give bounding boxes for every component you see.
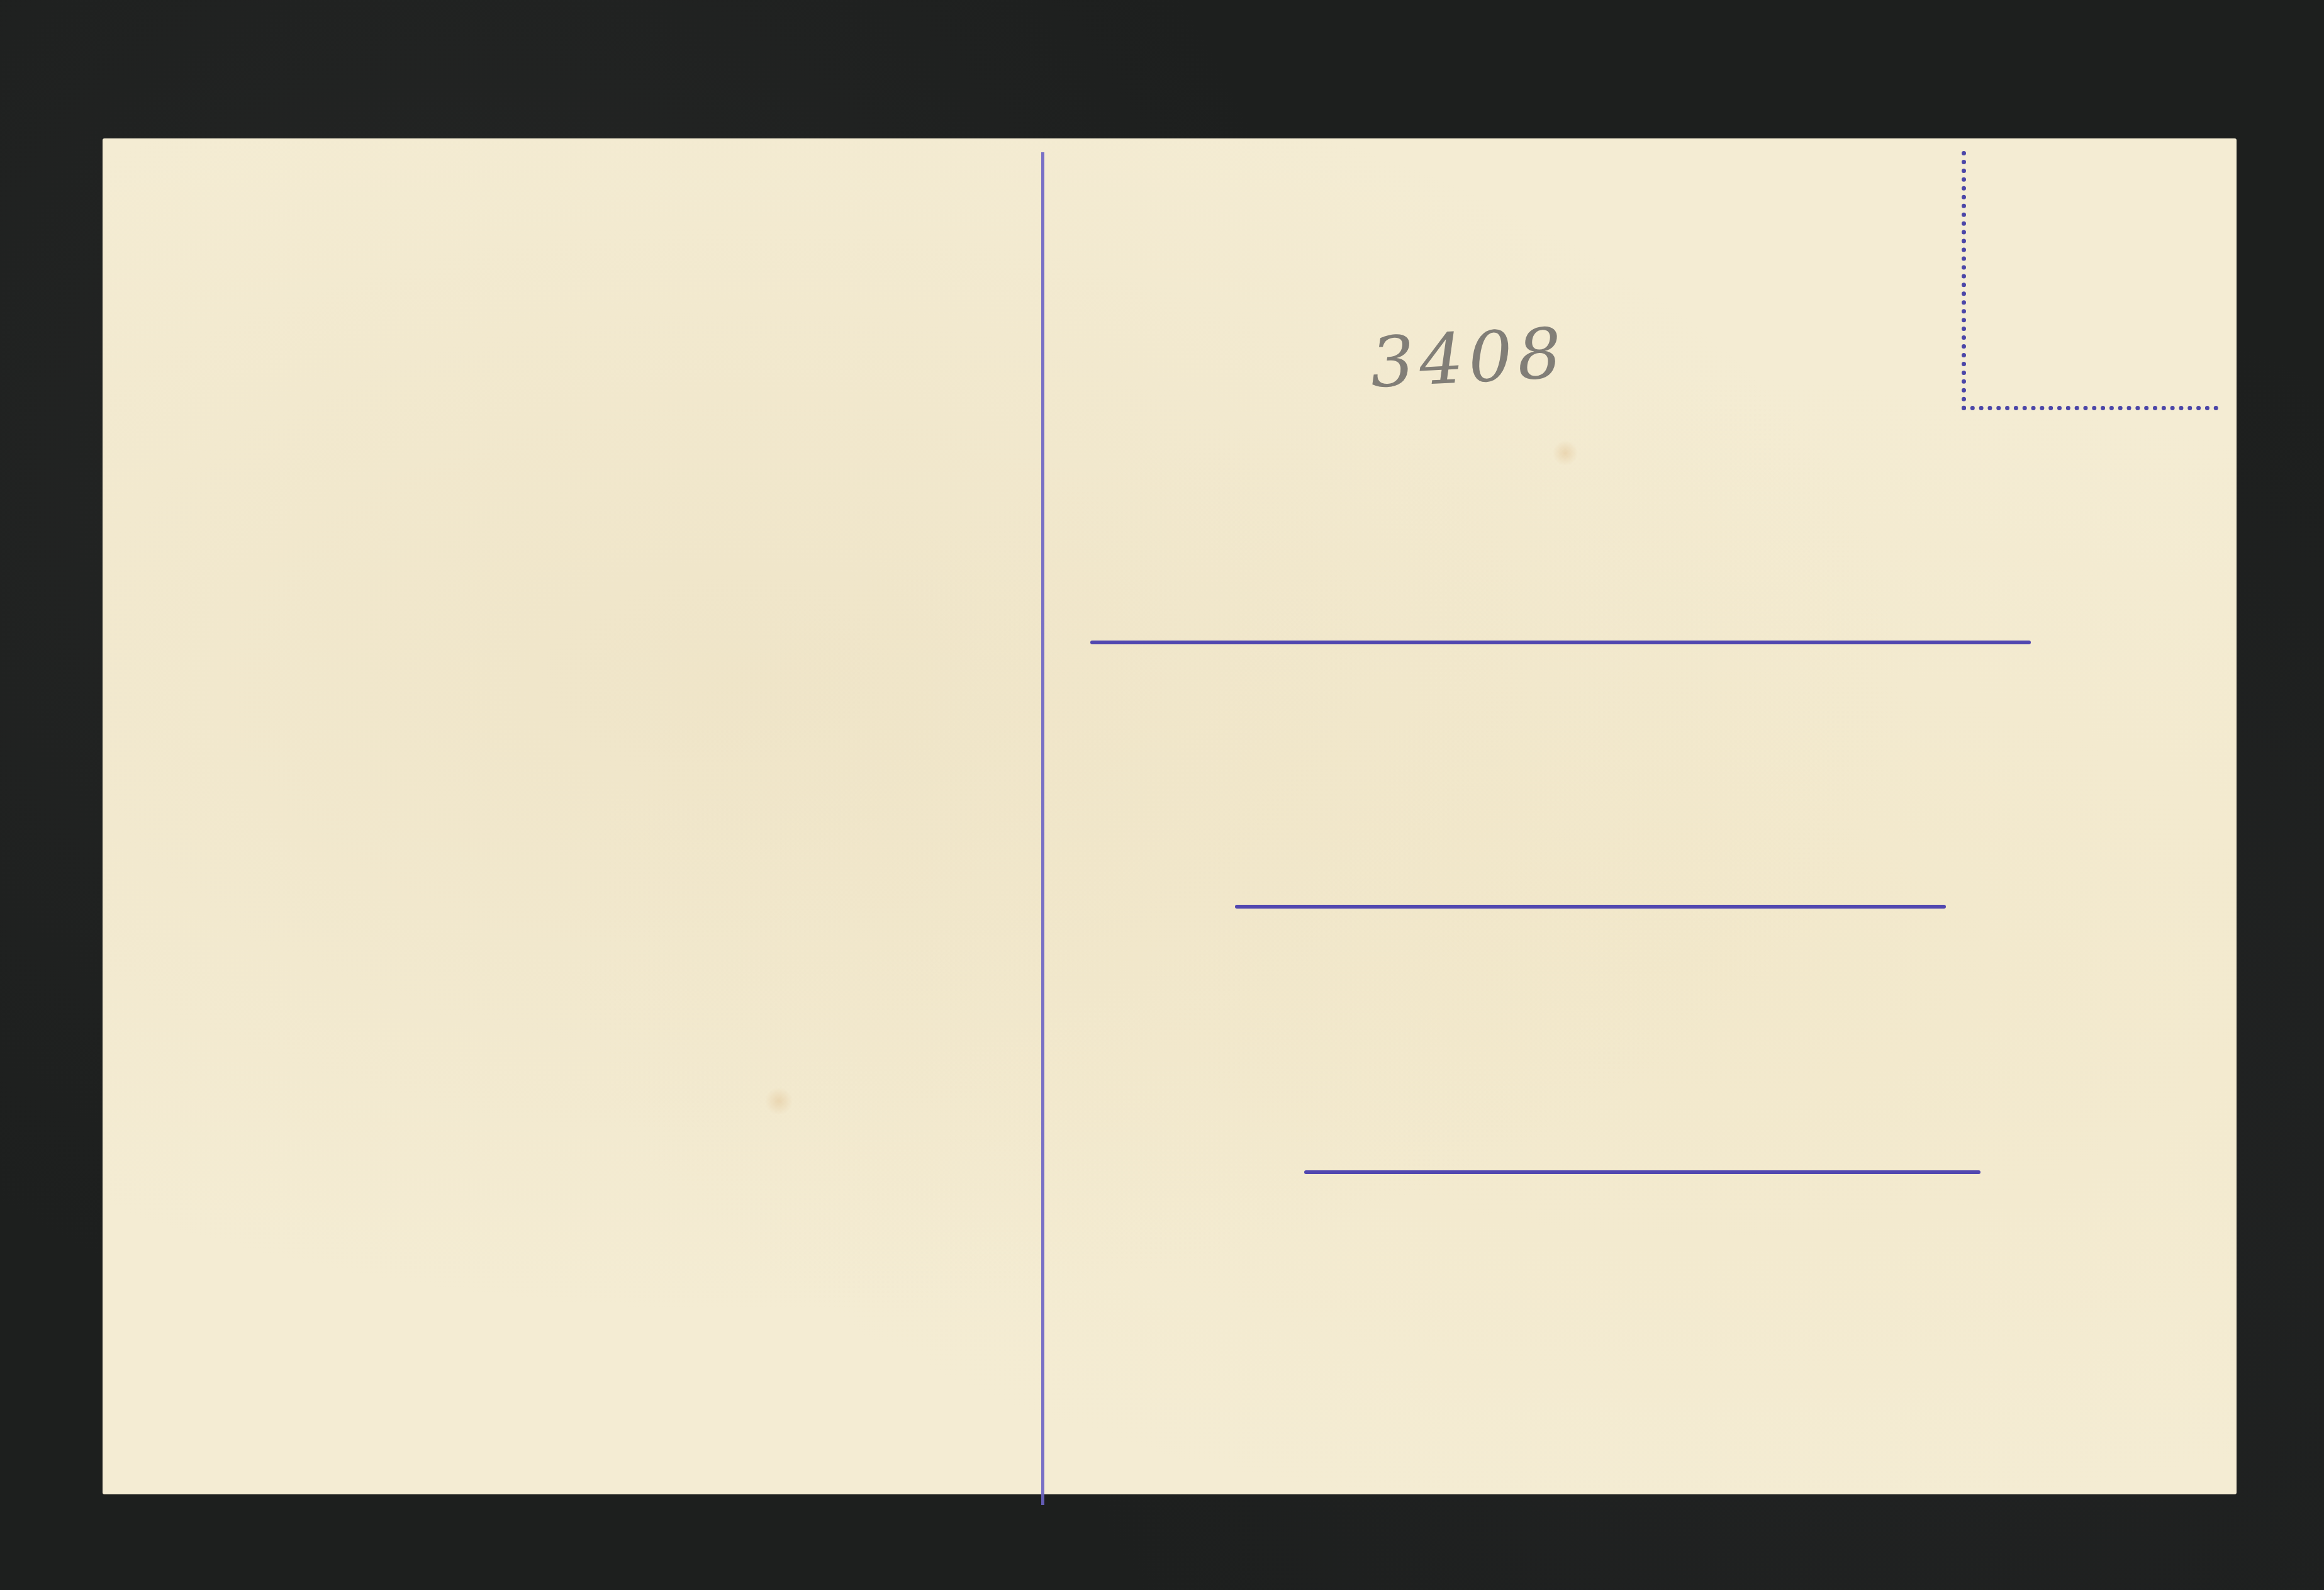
address-line-3 bbox=[1304, 1170, 1980, 1174]
postcard-back: 3408 bbox=[103, 138, 2237, 1494]
stamp-placement-box bbox=[1962, 151, 2218, 410]
vertical-divider-line bbox=[1041, 152, 1044, 1505]
address-line-2 bbox=[1235, 905, 1946, 909]
address-line-1 bbox=[1090, 641, 2031, 644]
archive-number-pencil: 3408 bbox=[1368, 313, 1568, 403]
